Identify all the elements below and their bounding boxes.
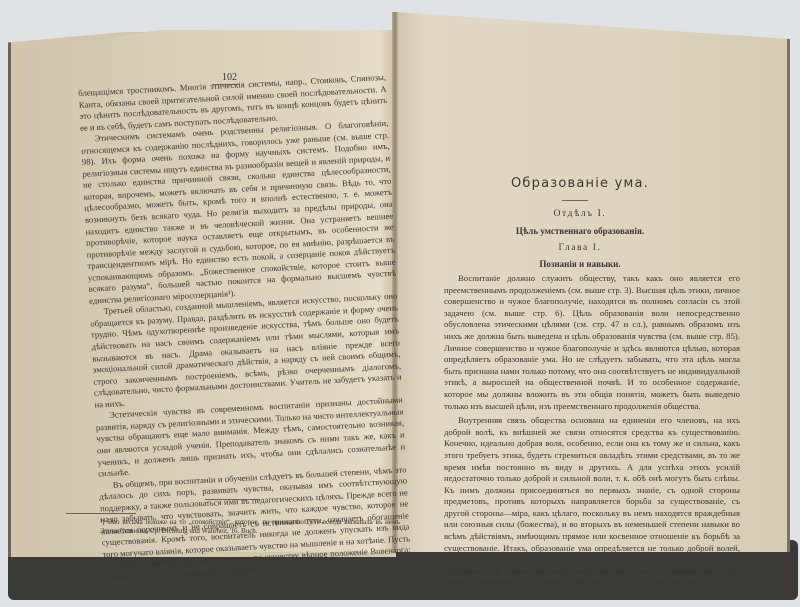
section-heading: Отдѣлъ I. — [440, 209, 720, 219]
paragraph: Этическимъ системамъ очень родственны ре… — [80, 118, 397, 307]
chapter-title: Образованiе ума. — [460, 176, 700, 191]
chapter-heading: Глава I. — [440, 243, 720, 253]
title-rule — [562, 200, 588, 201]
footnote: ¹) Оно весьма похоже на то „спокойствiе“… — [100, 518, 400, 536]
left-page-text: блещащiмся тростникомъ. Многiя этическiя… — [78, 72, 412, 584]
right-page-text: Воспитанiе должно служить обществу, такъ… — [444, 273, 740, 589]
paragraph: Воспитанiе должно служить обществу, такъ… — [444, 273, 740, 412]
chapter-subtitle: Познанiя и навыки. — [440, 259, 720, 269]
section-title: Цѣль умственнаго образованiя. — [440, 226, 720, 236]
footnote-rule — [66, 513, 136, 514]
paragraph: Третьей областью, созданной мышленiемъ, … — [89, 291, 402, 411]
paragraph: Внутренняя связь общества основана на ед… — [444, 415, 740, 589]
end-rule — [205, 499, 260, 500]
